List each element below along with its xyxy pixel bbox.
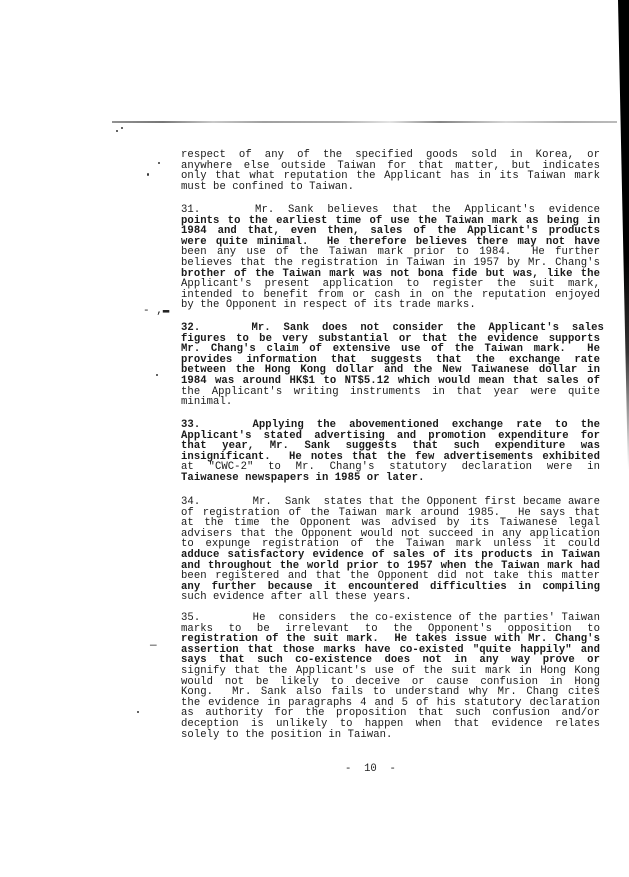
margin-dash-mark: —: [150, 640, 157, 652]
text-line: Taiwanese newspapers in 1985 or later.: [181, 473, 600, 484]
margin-arrow-mark: - ,▬: [143, 305, 169, 317]
text-line: adduce satisfactory evidence of sales of…: [181, 550, 600, 561]
scan-speck: [156, 374, 158, 376]
text-line: 1984 was around HK$1 to NT$5.12 which wo…: [181, 376, 600, 387]
scan-speck: [116, 130, 118, 132]
paragraph-34: 34. Mr. Sank states that the Opponent fi…: [181, 497, 600, 603]
scan-speck: [121, 127, 123, 129]
text-line: 34. Mr. Sank states that the Opponent fi…: [181, 497, 600, 508]
text-line: such evidence after all these years.: [181, 592, 600, 603]
scan-edge-shadow: [618, 0, 629, 470]
text-line: believes that the registration in Taiwan…: [181, 258, 600, 269]
text-line: deception is unlikely to happen when tha…: [181, 719, 600, 730]
paragraph-31: 31. Mr. Sank believes that the Applicant…: [181, 205, 600, 311]
paragraph-35: 35. He considers the co-existence of the…: [181, 613, 600, 740]
text-line: by the Opponent in respect of its trade …: [181, 300, 600, 311]
scan-speck: [137, 711, 139, 713]
page-number: - 10 -: [345, 763, 396, 775]
paragraph-33: 33. Applying the abovementioned exchange…: [181, 420, 600, 484]
text-line: 33. Applying the abovementioned exchange…: [181, 420, 600, 431]
text-line: minimal.: [181, 397, 600, 408]
text-line: 32. Mr. Sank does not consider the Appli…: [181, 323, 600, 334]
text-line: signify that the Applicant's use of the …: [181, 666, 600, 677]
text-line: 35. He considers the co-existence of the…: [181, 613, 600, 624]
scan-speck: [158, 162, 160, 164]
text-line: must be confined to Taiwan.: [181, 182, 600, 193]
text-line: 31. Mr. Sank believes that the Applicant…: [181, 205, 600, 216]
scan-speck: [147, 173, 149, 176]
text-line: solely to the position in Taiwan.: [181, 730, 600, 741]
header-rule: [112, 121, 617, 123]
paragraph-continuation: respect of any of the specified goods so…: [181, 150, 600, 192]
text-line: respect of any of the specified goods so…: [181, 150, 600, 161]
text-line: the Applicant's writing instruments in t…: [181, 387, 600, 398]
paragraph-32: 32. Mr. Sank does not consider the Appli…: [181, 323, 600, 408]
